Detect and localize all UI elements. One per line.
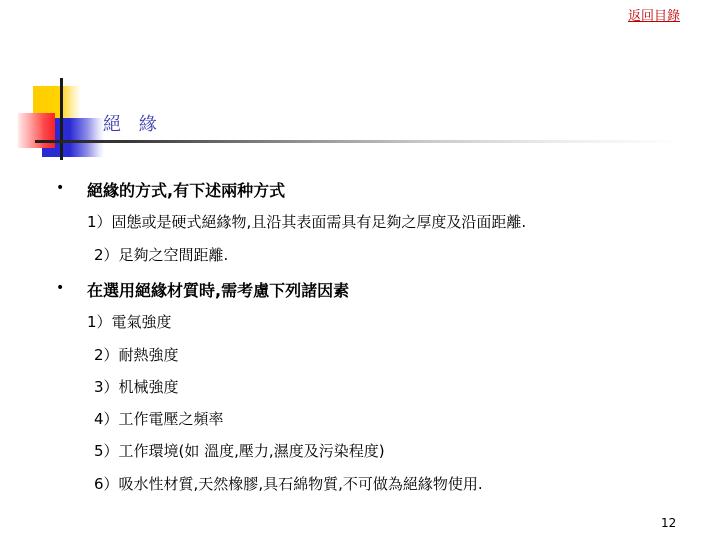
bullet-icon: •	[56, 180, 64, 196]
list-item: 1）固態或是硬式絕緣物,且沿其表面需具有足夠之厚度及沿面距離.	[87, 211, 526, 232]
title-underline-decoration	[35, 140, 685, 143]
title-decoration	[0, 0, 720, 170]
red-square-decoration	[18, 113, 55, 148]
return-to-contents-link[interactable]: 返回目錄	[628, 5, 680, 24]
list-item: 5）工作環境(如 溫度,壓力,濕度及污染程度)	[94, 440, 385, 461]
page-number: 12	[661, 516, 676, 530]
list-item: 6）吸水性材質,天然橡膠,具石綿物質,不可做為絕緣物使用.	[94, 473, 483, 494]
slide: 返回目錄 絕 緣 • 絕緣的方式,有下述兩种方式 1）固態或是硬式絕緣物,且沿其…	[0, 0, 720, 540]
bullet-icon: •	[56, 280, 64, 296]
slide-title: 絕 緣	[103, 110, 163, 136]
blue-square-decoration	[42, 118, 104, 157]
yellow-square-decoration	[33, 86, 81, 126]
list-item: 1）電氣強度	[87, 311, 172, 332]
list-item: 2）耐熱強度	[94, 344, 179, 365]
list-item: 3）机械強度	[94, 376, 179, 397]
section-heading: 絕緣的方式,有下述兩种方式	[87, 178, 285, 201]
section-heading: 在選用絕緣材質時,需考慮下列諸因素	[87, 278, 349, 301]
list-item: 4）工作電壓之頻率	[94, 408, 224, 429]
list-item: 2）足夠之空間距離.	[94, 244, 228, 265]
vertical-line-decoration	[60, 78, 63, 160]
